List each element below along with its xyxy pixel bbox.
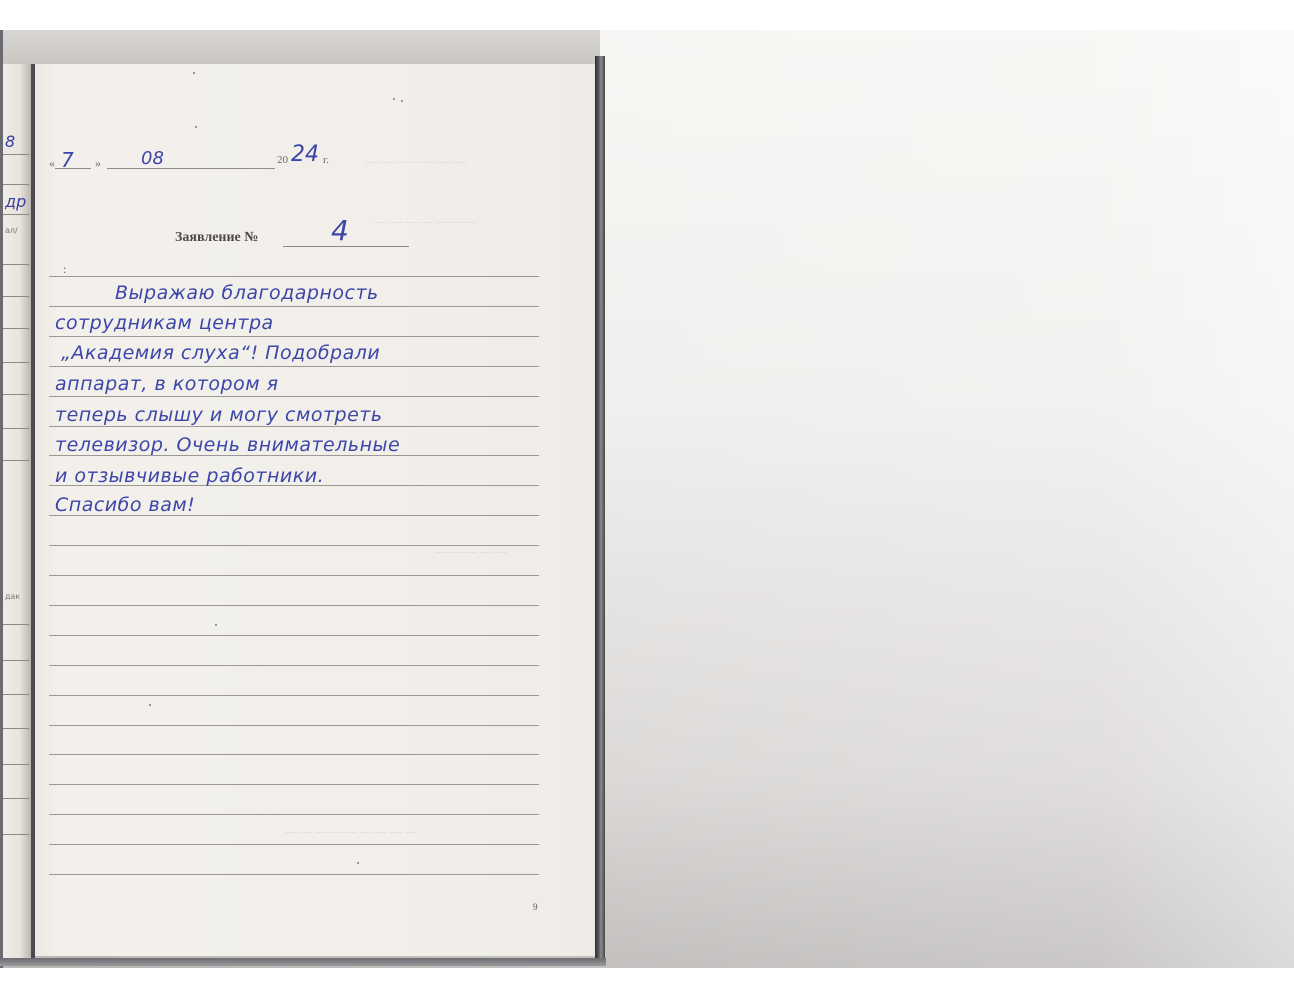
statement-number: 4 — [331, 214, 349, 247]
notebook-top-strip — [0, 30, 600, 66]
left-page-handwriting-top: 8 — [5, 132, 15, 151]
ruled-line — [49, 396, 539, 397]
ruled-line — [49, 635, 539, 636]
ruled-line — [49, 695, 539, 696]
date-day: 7 — [61, 148, 74, 172]
ruled-line — [49, 814, 539, 815]
ruled-line — [49, 605, 539, 606]
ruled-line — [49, 784, 539, 785]
ruled-line — [49, 725, 539, 726]
ruled-line — [49, 545, 539, 546]
handwritten-line: телевизор. Очень внимательные — [55, 434, 400, 456]
notebook-page: — — — — — — — — — — — — — — — — — — — — … — [35, 64, 595, 956]
handwritten-line: Выражаю благодарность — [115, 282, 379, 304]
page-number: 9 — [533, 902, 538, 912]
handwritten-line: аппарат, в котором я — [55, 373, 279, 395]
ruled-line — [49, 336, 539, 337]
left-page-print-mid: дак — [5, 592, 20, 601]
statement-label: Заявление № — [175, 230, 258, 246]
page-right-edge — [595, 56, 605, 960]
handwritten-line: теперь слышу и могу смотреть — [55, 404, 383, 426]
ruled-line — [49, 276, 539, 277]
left-page-print-top: ал/ — [5, 226, 18, 235]
date-year: 24 — [291, 142, 319, 167]
left-page-sliver: 8 др ал/ дак — [3, 64, 31, 960]
ruled-line — [49, 754, 539, 755]
date-field: « » 7 08 20 24 г. — [45, 142, 385, 172]
date-close-quote: » — [95, 156, 101, 171]
handwritten-line: сотрудникам центра — [55, 312, 274, 334]
handwritten-line: „Академия слуха“! Подобрали — [61, 342, 380, 364]
ruled-line — [49, 366, 539, 367]
date-year-suffix: г. — [323, 154, 329, 166]
handwritten-line: Спасибо вам! — [55, 494, 195, 516]
ruled-line — [49, 306, 539, 307]
ruled-line — [49, 874, 539, 875]
page-bottom-edge — [0, 958, 606, 966]
date-year-prefix: 20 — [277, 154, 288, 166]
left-page-handwriting-second: др — [5, 192, 26, 211]
handwritten-line: и отзывчивые работники. — [55, 465, 324, 487]
colon-mark: : — [63, 262, 66, 277]
ruled-line — [49, 575, 539, 576]
ruled-line — [49, 844, 539, 845]
date-month: 08 — [141, 148, 164, 169]
ruled-line — [49, 665, 539, 666]
